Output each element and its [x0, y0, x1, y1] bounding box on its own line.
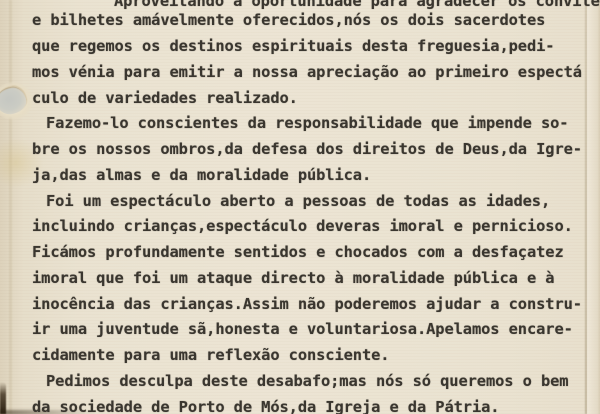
- text-line: inocência das crianças.Assim não poderem…: [32, 292, 600, 318]
- text-line: culo de variedades realizado.: [32, 86, 600, 112]
- text-line: que regemos os destinos espirituais dest…: [32, 34, 600, 60]
- text-line: da sociedade de Porto de Mós,da Igreja e…: [32, 395, 600, 414]
- text-line: ir uma juventude sã,honesta e voluntario…: [32, 317, 600, 343]
- text-line: bre os nossos ombros,da defesa dos direi…: [32, 137, 600, 163]
- text-line: mos vénia para emitir a nossa apreciação…: [32, 60, 600, 86]
- text-line: incluindo crianças,espectáculo deveras i…: [32, 214, 600, 240]
- text-line: Ficámos profundamente sentidos e chocado…: [32, 240, 600, 266]
- paper-crease-left: [9, 0, 12, 414]
- text-line: Foi um espectáculo aberto a pessoas de t…: [32, 189, 600, 215]
- text-line-clipped: Aproveitando a oportunidade para agradec…: [73, 0, 600, 15]
- text-line: ja,das almas e da moralidade pública.: [32, 163, 600, 189]
- typewritten-text: Aproveitando a oportunidade para agradec…: [32, 8, 600, 414]
- scanned-document-page: Aproveitando a oportunidade para agradec…: [0, 0, 600, 414]
- text-line: imoral que foi um ataque directo à moral…: [32, 266, 600, 292]
- text-line: Fazemo-lo conscientes da responsabilidad…: [32, 111, 600, 137]
- text-line: Pedimos desculpa deste desabafo;mas nós …: [32, 369, 600, 395]
- text-line: cidamente para uma reflexão consciente.: [32, 343, 600, 369]
